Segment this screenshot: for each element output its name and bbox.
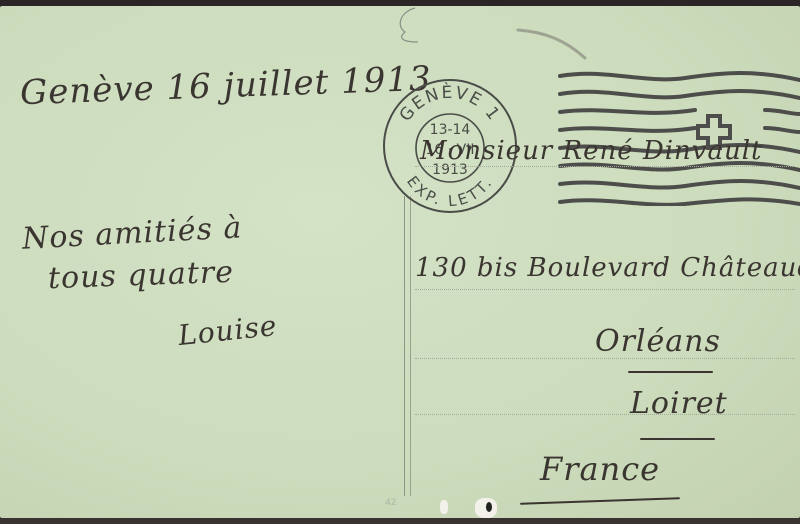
paper-damage [440, 500, 448, 514]
svg-text:GENÈVE 1: GENÈVE 1 [396, 81, 505, 126]
recipient-name: Monsieur René Dinvault [420, 136, 762, 166]
country-underline [520, 497, 680, 505]
signature: Louise [177, 309, 279, 352]
city-underline [628, 371, 713, 373]
department: Loiret [630, 386, 728, 421]
greeting-line-1: Nos amitiés à [21, 210, 243, 256]
svg-text:EXP. LETT.: EXP. LETT. [403, 173, 497, 211]
postcard: Genève 16 juillet 1913 Nos amitiés à tou… [0, 6, 800, 518]
print-number: 42 [385, 498, 396, 508]
greeting-line-2: tous quatre [47, 255, 234, 296]
address-line-1 [415, 166, 795, 167]
address-line-4 [415, 414, 795, 415]
divider-line [404, 196, 405, 496]
postmark-office: EXP. LETT. [403, 173, 497, 211]
address-line-2 [415, 289, 795, 290]
postmark-city: GENÈVE 1 [396, 81, 505, 126]
tear-hole [486, 502, 492, 512]
pencil-mark-icon [370, 6, 610, 66]
city: Orléans [595, 324, 721, 359]
divider-line-inner [410, 196, 411, 496]
country: France [540, 450, 660, 488]
department-underline [640, 438, 715, 440]
dateline: Genève 16 juillet 1913 [19, 59, 432, 113]
photo-border-bottom [0, 518, 800, 524]
street-address: 130 bis Boulevard Châteaudun [415, 253, 800, 283]
